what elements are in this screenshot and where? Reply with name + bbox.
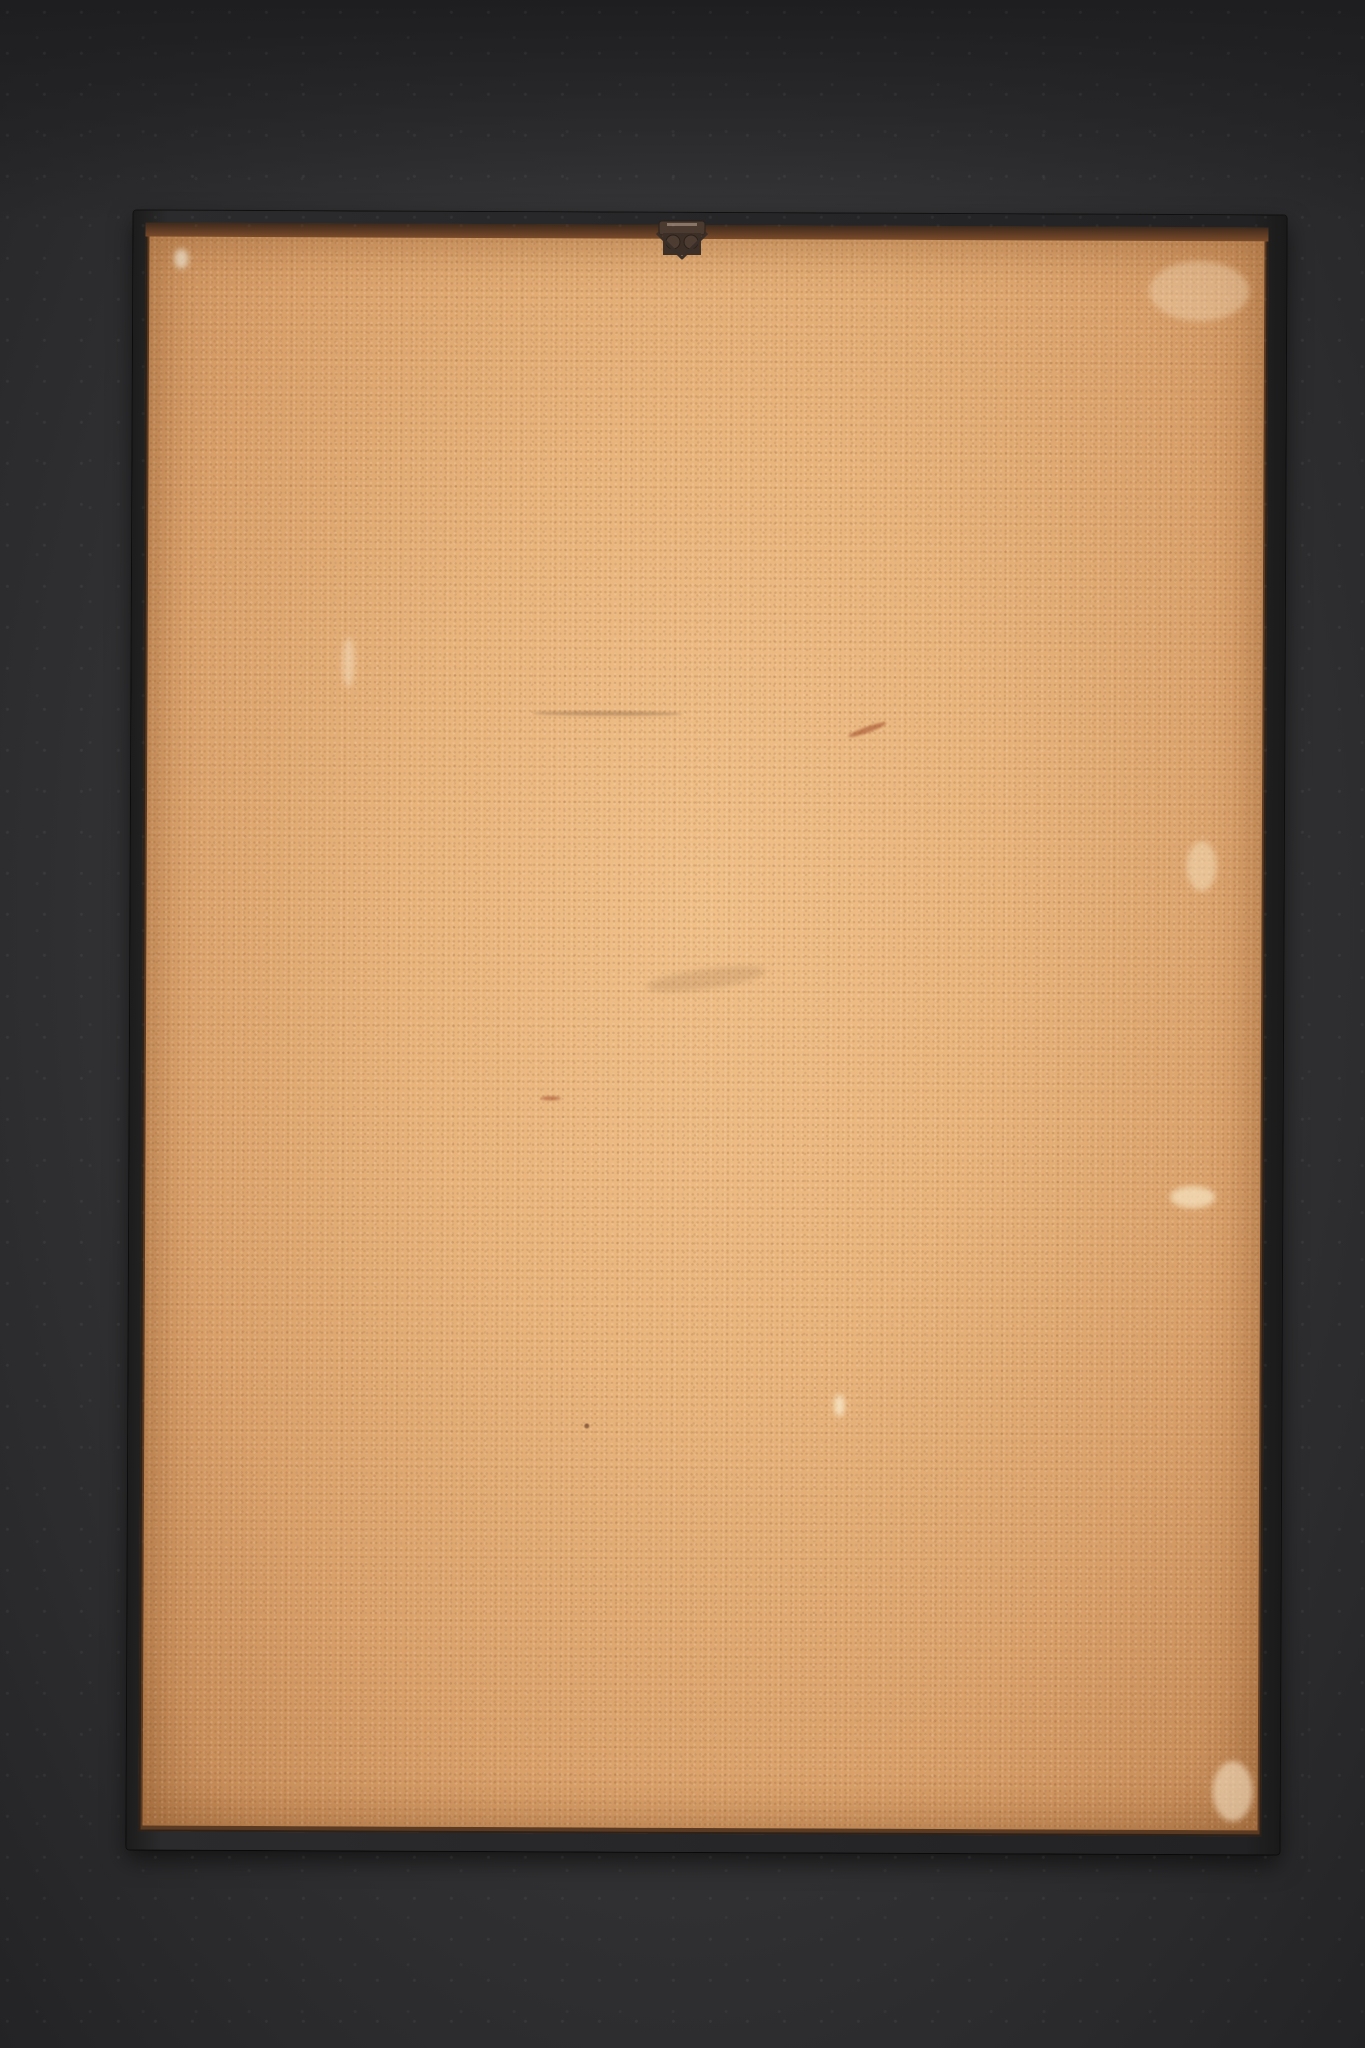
photo-scene: [0, 0, 1365, 2048]
dark-spot: [584, 1423, 589, 1428]
picture-frame: [126, 210, 1286, 1854]
backdrop-shadow: [0, 0, 1365, 220]
water-stain: [174, 249, 188, 269]
water-stain: [1149, 261, 1249, 321]
paper-edge-aging: [143, 237, 1265, 1831]
sawtooth-hanger-icon: [653, 215, 711, 261]
water-stain: [834, 1395, 844, 1417]
water-stain: [1187, 841, 1217, 891]
water-stain: [1170, 1186, 1215, 1208]
brown-mark: [541, 1096, 561, 1100]
kraft-paper-backing: [143, 237, 1265, 1831]
corner-abrasion: [1213, 1761, 1253, 1821]
